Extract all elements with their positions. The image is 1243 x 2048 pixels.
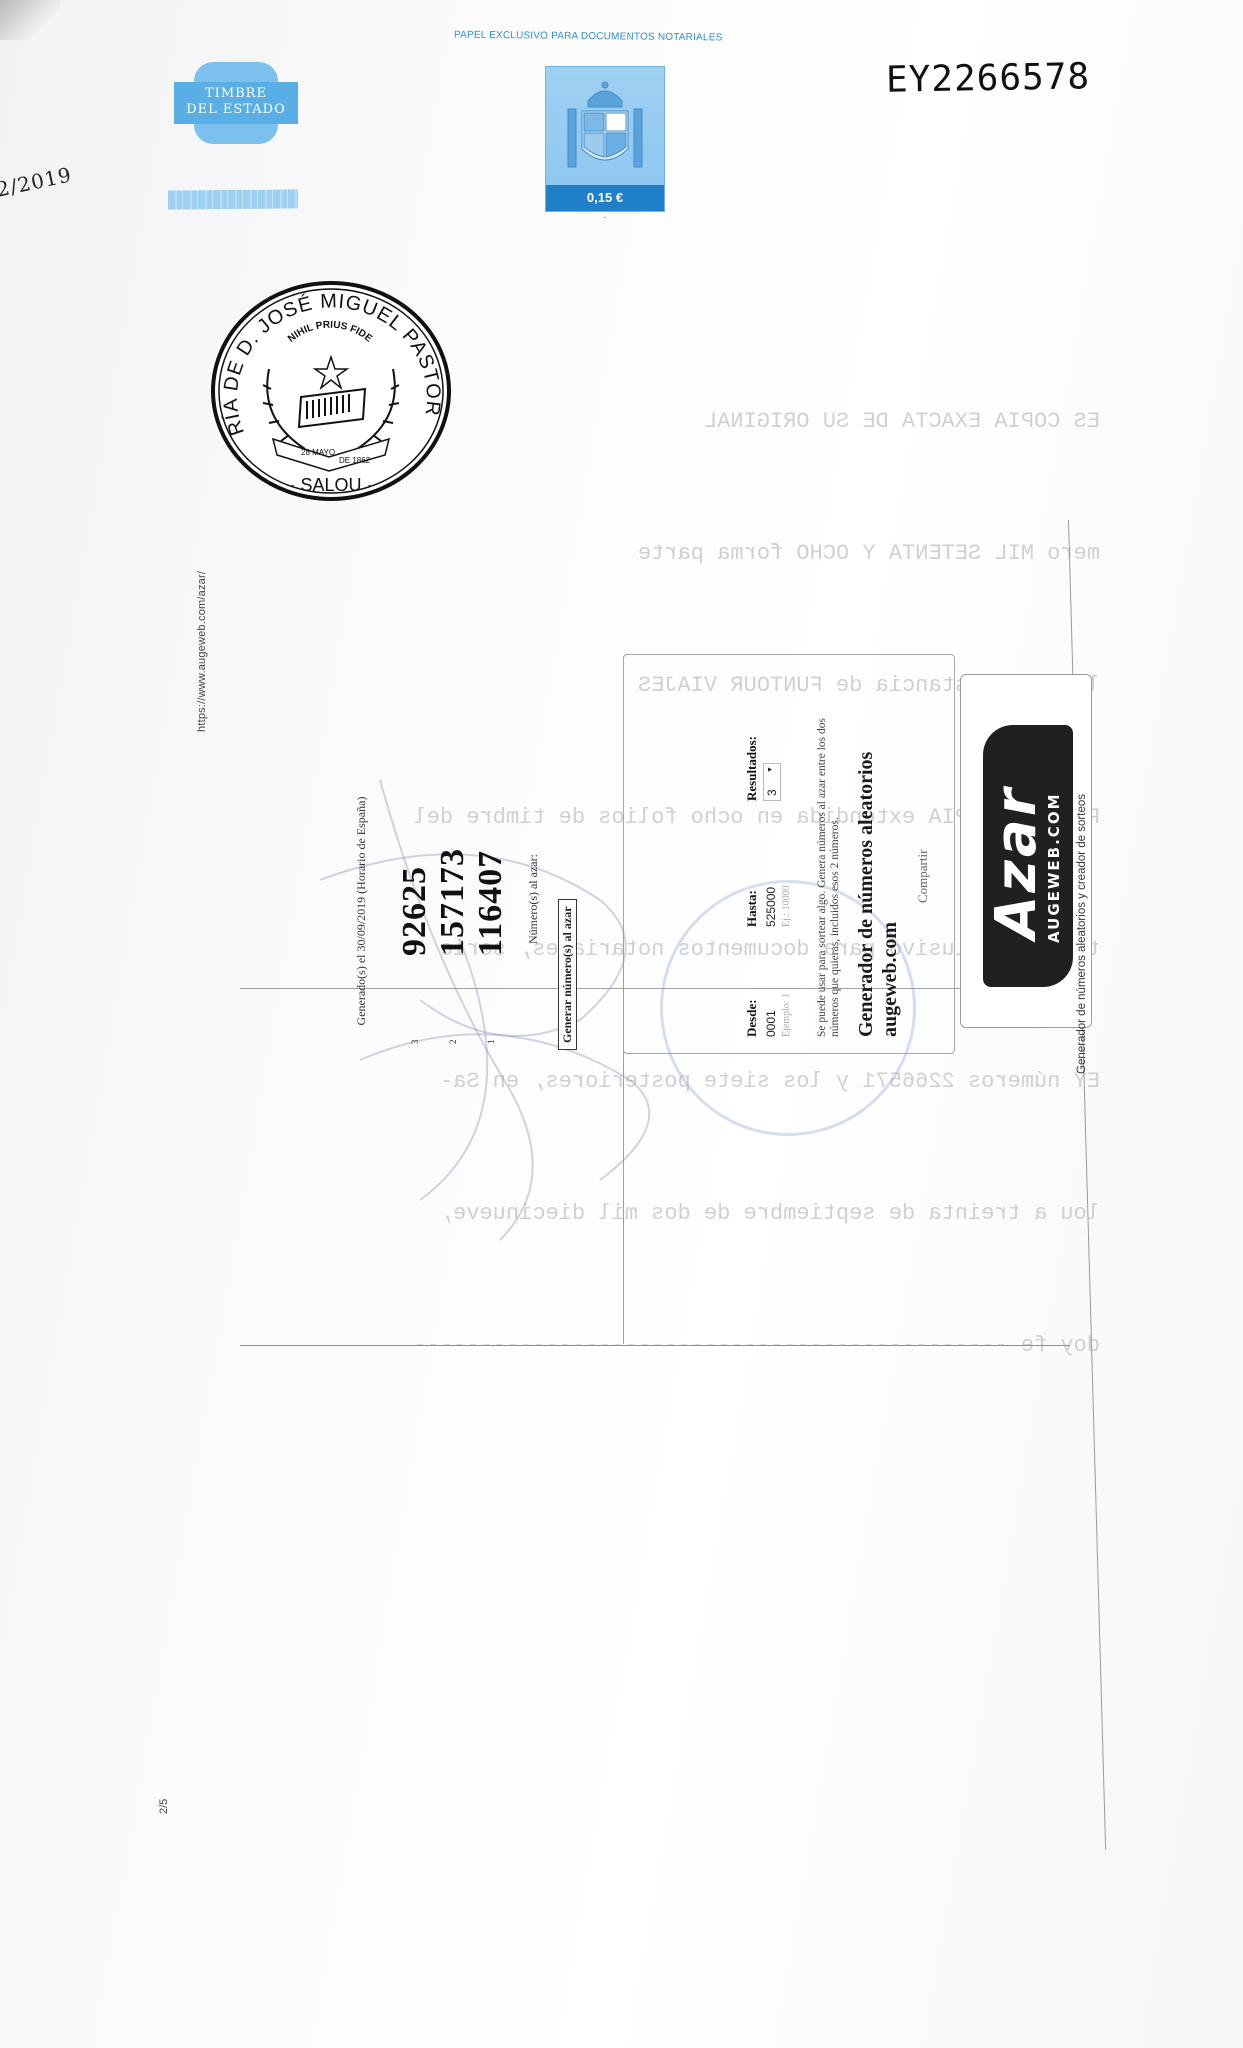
result-row: 2 157173 — [434, 664, 468, 1044]
azar-logo-box[interactable]: Azar AUGEWEB.COM — [960, 674, 1092, 1028]
results-field-group: Resultados: 3 ▼ — [744, 736, 781, 801]
state-stamp: 0,15 € ▪ — [545, 66, 665, 212]
results-heading: Número(s) al azar: — [526, 854, 541, 944]
barcode-strip — [168, 189, 298, 209]
result-number: 92625 — [396, 866, 434, 956]
generator-title: Generador de números aleatorios augeweb.… — [854, 737, 902, 1037]
printout-divider-bottom — [240, 1345, 1070, 1346]
logo-brand: Azar — [985, 786, 1049, 939]
printout-page-indicator: 2/5 — [158, 1799, 170, 1814]
azar-logo-badge: Azar AUGEWEB.COM — [983, 725, 1073, 987]
to-hint: Ej.: 10000 — [781, 885, 792, 927]
result-index: 3 — [410, 1040, 420, 1045]
result-row: 3 92625 — [396, 664, 430, 1044]
share-link[interactable]: Compartir — [915, 850, 931, 903]
result-index: 1 — [486, 1040, 496, 1045]
range-fields: Desde: 0001 Ejemplo: 1 Hasta: 525000 Ej.… — [744, 657, 804, 1037]
timbre-plate: TIMBRE DEL ESTADO — [174, 82, 298, 124]
coat-of-arms-icon — [564, 79, 646, 175]
timbre-del-estado-emblem: TIMBRE DEL ESTADO — [170, 60, 302, 148]
to-field-group: Hasta: 525000 Ej.: 10000 — [744, 885, 792, 927]
result-index: 2 — [448, 1040, 458, 1045]
timbre-line-2: DEL ESTADO — [174, 102, 298, 118]
printout-url[interactable]: https://www.augeweb.com/azar/ — [196, 571, 208, 732]
from-field-group: Desde: 0001 Ejemplo: 1 — [744, 993, 792, 1037]
to-input[interactable]: 525000 — [764, 885, 778, 927]
web-printout: https://www.augeweb.com/azar/ 30/9/2019 … — [228, 444, 1088, 1344]
generator-card: Compartir Generador de números aleatorio… — [623, 654, 955, 1054]
page-corner-shadow — [0, 0, 60, 40]
from-input[interactable]: 0001 — [764, 993, 778, 1037]
ornament-icon — [194, 122, 278, 144]
from-hint: Ejemplo: 1 — [781, 993, 792, 1037]
stamp-maker-mark: ▪ — [546, 215, 664, 221]
result-row: 1 116407 — [472, 664, 506, 1044]
ornament-icon — [194, 62, 278, 84]
from-label: Desde: — [744, 993, 760, 1037]
stamp-price: 0,15 € — [546, 185, 664, 211]
section-divider — [623, 924, 624, 1344]
logo-sub: AUGEWEB.COM — [1045, 793, 1063, 944]
generator-description: Se puede usar para sortear algo. Genera … — [816, 717, 842, 1037]
generated-note: Generado(s) el 30/09/2019 (Horario de Es… — [354, 776, 368, 1046]
paper-caption: PAPEL EXCLUSIVO PARA DOCUMENTOS NOTARIAL… — [454, 30, 723, 44]
logo-tagline: Generador de números aleatorios y creado… — [1076, 654, 1088, 1074]
results-section: Generar número(s) al azar Número(s) al a… — [228, 644, 623, 1064]
dropdown-arrow-icon: ▼ — [767, 766, 774, 773]
bleed-line: ES COPIA EXACTA DE SU ORIGINAL — [200, 400, 1100, 444]
handwritten-date-fragment: 2/2019 — [0, 162, 74, 201]
results-label: Resultados: — [744, 736, 760, 801]
serial-number: EY2266578 — [886, 56, 1091, 101]
notarial-paper: PAPEL EXCLUSIVO PARA DOCUMENTOS NOTARIAL… — [0, 0, 1243, 2048]
generate-button[interactable]: Generar número(s) al azar — [558, 899, 577, 1050]
to-label: Hasta: — [744, 885, 760, 927]
result-number: 116407 — [472, 850, 510, 956]
results-select-value: 3 — [765, 789, 779, 796]
results-select[interactable]: 3 ▼ — [763, 763, 781, 801]
timbre-line-1: TIMBRE — [174, 86, 298, 102]
result-number: 157173 — [434, 848, 472, 956]
